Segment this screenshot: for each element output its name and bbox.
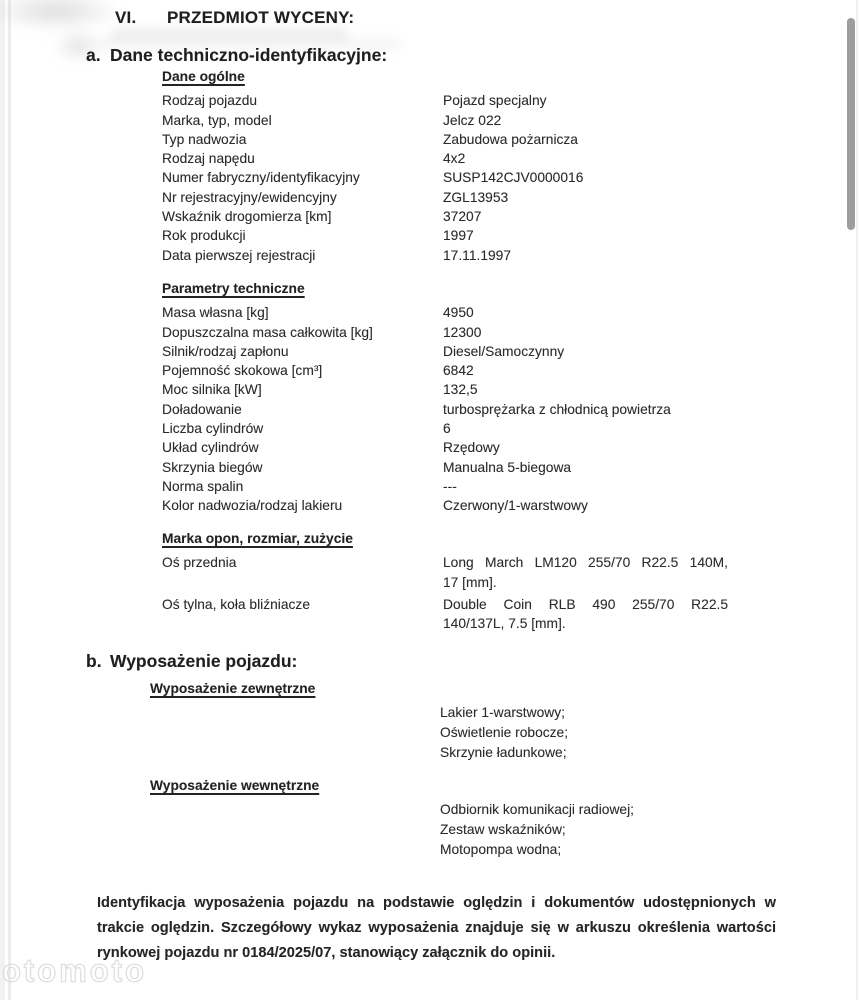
table-row: Układ cylindrów Rzędowy — [162, 438, 728, 457]
subsection-b-number: b. — [86, 651, 110, 672]
table-row: Kolor nadwozia/rodzaj lakieru Czerwony/1… — [162, 496, 728, 515]
page-edge-left — [0, 0, 5, 1000]
list-item: Odbiornik komunikacji radiowej; — [440, 800, 634, 820]
field-label: Rodzaj pojazdu — [162, 91, 443, 110]
field-label: Oś tylna, koła bliźniacze — [162, 595, 443, 614]
field-value: 6 — [443, 419, 728, 438]
table-row: Dopuszczalna masa całkowita [kg] 12300 — [162, 323, 728, 342]
field-value: 132,5 — [443, 380, 728, 399]
subsection-a-title: Dane techniczno-identyfikacyjne: — [110, 45, 387, 66]
field-label: Numer fabryczny/identyfikacyjny — [162, 168, 443, 187]
field-label: Wskaźnik drogomierza [km] — [162, 207, 443, 226]
general-data-rows: Rodzaj pojazdu Pojazd specjalny Marka, t… — [162, 91, 728, 265]
subsection-a-number: a. — [86, 45, 110, 66]
field-value: Long March LM120 255/70 R22.5 140M, 17 [… — [443, 553, 728, 592]
otomoto-watermark: otomoto — [2, 952, 147, 990]
field-value: 6842 — [443, 361, 728, 380]
field-value: Rzędowy — [443, 438, 728, 457]
scan-smudge — [0, 0, 123, 32]
table-row: Rodzaj pojazdu Pojazd specjalny — [162, 91, 728, 110]
field-label: Liczba cylindrów — [162, 419, 443, 438]
field-label: Silnik/rodzaj zapłonu — [162, 342, 443, 361]
field-value: Pojazd specjalny — [443, 91, 728, 110]
table-row: Skrzynia biegów Manualna 5-biegowa — [162, 458, 728, 477]
tire-spec-line1: Double Coin RLB 490 255/70 R22.5 — [443, 595, 728, 614]
tire-spec-line2: 17 [mm]. — [443, 573, 728, 592]
field-label: Układ cylindrów — [162, 438, 443, 457]
table-row: Rok produkcji 1997 — [162, 226, 728, 245]
field-value: Manualna 5-biegowa — [443, 458, 728, 477]
section-heading: VI. PRZEDMIOT WYCENY: — [115, 8, 354, 28]
field-value: 37207 — [443, 207, 728, 226]
exterior-equipment-heading: Wyposażenie zewnętrzne — [150, 681, 315, 700]
section-title: PRZEDMIOT WYCENY: — [167, 8, 354, 28]
section-number: VI. — [115, 8, 167, 28]
field-label: Dopuszczalna masa całkowita [kg] — [162, 323, 443, 342]
field-value: Jelcz 022 — [443, 111, 728, 130]
interior-equipment-list: Odbiornik komunikacji radiowej; Zestaw w… — [440, 800, 634, 859]
field-value: Diesel/Samoczynny — [443, 342, 728, 361]
field-value: ZGL13953 — [443, 188, 728, 207]
table-row: Liczba cylindrów 6 — [162, 419, 728, 438]
field-value: 4x2 — [443, 149, 728, 168]
field-label: Kolor nadwozia/rodzaj lakieru — [162, 496, 443, 515]
field-label: Rodzaj napędu — [162, 149, 443, 168]
technical-params-table: Parametry techniczne Masa własna [kg] 49… — [162, 281, 728, 516]
table-row: Norma spalin --- — [162, 477, 728, 496]
field-label: Oś przednia — [162, 553, 443, 572]
field-value: Zabudowa pożarnicza — [443, 130, 728, 149]
field-label: Pojemność skokowa [cm³] — [162, 361, 443, 380]
subsection-b-title: Wyposażenie pojazdu: — [110, 651, 297, 672]
field-value: Double Coin RLB 490 255/70 R22.5 140/137… — [443, 595, 728, 634]
field-label: Marka, typ, model — [162, 111, 443, 130]
tire-spec-line1: Long March LM120 255/70 R22.5 140M, — [443, 553, 728, 572]
field-label: Moc silnika [kW] — [162, 380, 443, 399]
field-label: Masa własna [kg] — [162, 303, 443, 322]
table-row: Typ nadwozia Zabudowa pożarnicza — [162, 130, 728, 149]
table-row: Oś przednia Long March LM120 255/70 R22.… — [162, 553, 728, 592]
exterior-equipment-list: Lakier 1-warstwowy; Oświetlenie robocze;… — [440, 703, 568, 762]
field-value: 12300 — [443, 323, 728, 342]
table-row: Moc silnika [kW] 132,5 — [162, 380, 728, 399]
list-item: Oświetlenie robocze; — [440, 723, 568, 743]
field-value: 1997 — [443, 226, 728, 245]
table-row: Silnik/rodzaj zapłonu Diesel/Samoczynny — [162, 342, 728, 361]
field-value: turbosprężarka z chłodnicą powietrza — [443, 400, 728, 419]
subsection-b-heading: b. Wyposażenie pojazdu: — [86, 651, 297, 672]
list-item: Skrzynie ładunkowe; — [440, 743, 568, 763]
table-row: Masa własna [kg] 4950 — [162, 303, 728, 322]
field-value: --- — [443, 477, 728, 496]
table-row: Doładowanie turbosprężarka z chłodnicą p… — [162, 400, 728, 419]
table-row: Nr rejestracyjny/ewidencyjny ZGL13953 — [162, 188, 728, 207]
field-label: Doładowanie — [162, 400, 443, 419]
list-item: Motopompa wodna; — [440, 840, 634, 860]
subsection-a-heading: a. Dane techniczno-identyfikacyjne: — [86, 45, 387, 66]
general-data-table: Dane ogólne Rodzaj pojazdu Pojazd specja… — [162, 69, 728, 265]
page-edge-left-line — [8, 0, 11, 1000]
table-row: Oś tylna, koła bliźniacze Double Coin RL… — [162, 595, 728, 634]
identification-paragraph: Identyfikacja wyposażenia pojazdu na pod… — [97, 891, 776, 966]
scan-smudge — [112, 27, 347, 40]
tires-rows: Oś przednia Long March LM120 255/70 R22.… — [162, 553, 728, 633]
general-data-heading: Dane ogólne — [162, 69, 728, 88]
field-value: 17.11.1997 — [443, 246, 728, 265]
field-label: Rok produkcji — [162, 226, 443, 245]
list-item: Lakier 1-warstwowy; — [440, 703, 568, 723]
field-label: Norma spalin — [162, 477, 443, 496]
list-item: Zestaw wskaźników; — [440, 820, 634, 840]
tires-table: Marka opon, rozmiar, zużycie Oś przednia… — [162, 531, 728, 633]
table-row: Marka, typ, model Jelcz 022 — [162, 111, 728, 130]
table-row: Rodzaj napędu 4x2 — [162, 149, 728, 168]
field-value: SUSP142CJV0000016 — [443, 168, 728, 187]
table-row: Wskaźnik drogomierza [km] 37207 — [162, 207, 728, 226]
field-label: Data pierwszej rejestracji — [162, 246, 443, 265]
interior-equipment-heading: Wyposażenie wewnętrzne — [150, 778, 319, 797]
tire-spec-line2: 140/137L, 7.5 [mm]. — [443, 614, 728, 633]
field-label: Skrzynia biegów — [162, 458, 443, 477]
field-label: Nr rejestracyjny/ewidencyjny — [162, 188, 443, 207]
table-row: Pojemność skokowa [cm³] 6842 — [162, 361, 728, 380]
field-value: 4950 — [443, 303, 728, 322]
scrollbar-thumb[interactable] — [847, 18, 855, 230]
technical-params-heading: Parametry techniczne — [162, 281, 728, 300]
technical-params-rows: Masa własna [kg] 4950 Dopuszczalna masa … — [162, 303, 728, 515]
tires-heading: Marka opon, rozmiar, zużycie — [162, 531, 728, 550]
page-edge-right — [856, 0, 858, 1000]
field-value: Czerwony/1-warstwowy — [443, 496, 728, 515]
document-page: VI. PRZEDMIOT WYCENY: a. Dane techniczno… — [0, 0, 860, 1000]
table-row: Data pierwszej rejestracji 17.11.1997 — [162, 246, 728, 265]
field-label: Typ nadwozia — [162, 130, 443, 149]
table-row: Numer fabryczny/identyfikacyjny SUSP142C… — [162, 168, 728, 187]
